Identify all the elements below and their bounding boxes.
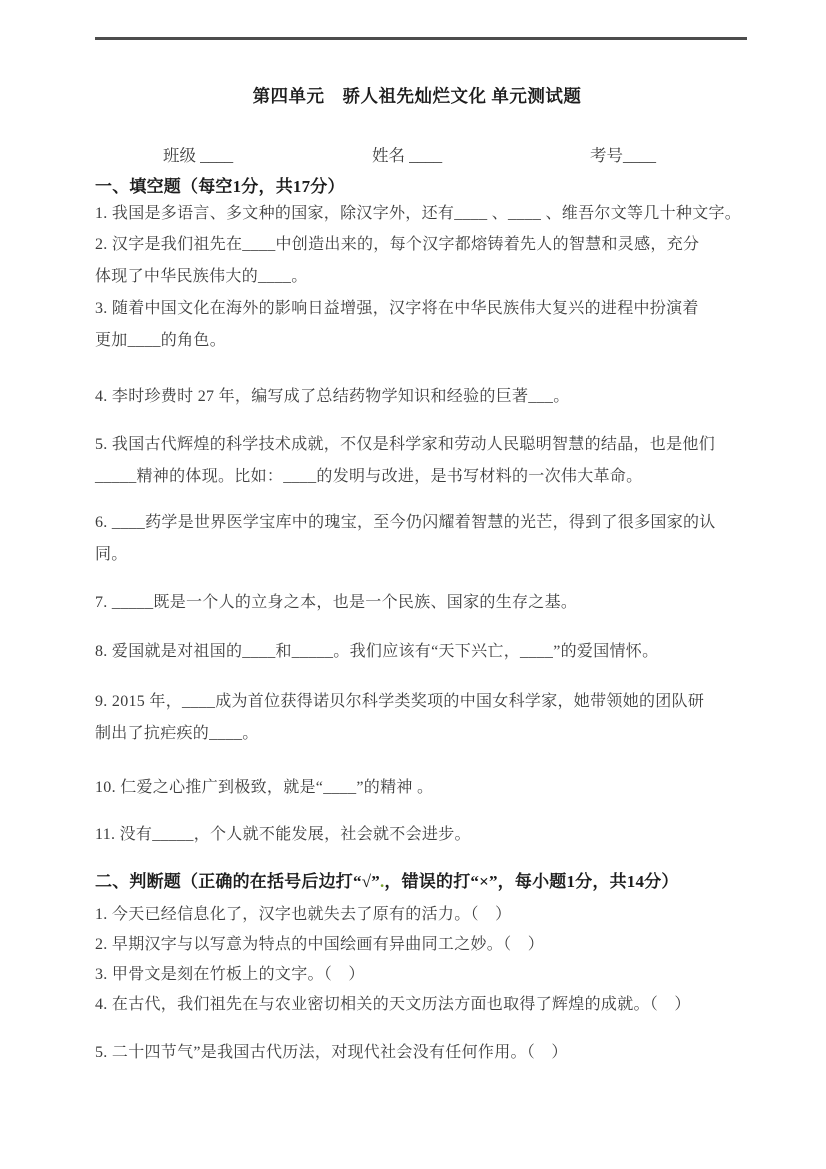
s2-q4: 4. 在古代，我们祖先在与农业密切相关的天文历法方面也取得了辉煌的成就。（ ）	[95, 989, 691, 1021]
s1-q5-line1: 5. 我国古代辉煌的科学技术成就，不仅是科学家和劳动人民聪明智慧的结晶，也是他们	[95, 429, 715, 461]
s1-q3-line2: 更加____的角色。	[95, 325, 226, 357]
s1-q7: 7. _____既是一个人的立身之本，也是一个民族、国家的生存之基。	[95, 587, 577, 619]
s1-q2-line2: 体现了中华民族伟大的____。	[95, 261, 308, 293]
s1-q6-line1: 6. ____药学是世界医学宝库中的瑰宝，至今仍闪耀着智慧的光芒，得到了很多国家…	[95, 507, 716, 539]
s1-q6-line2: 同。	[95, 539, 128, 571]
section2-heading: 二、判断题（正确的在括号后边打“√”.，错误的打“×”，每小题1分，共14分）	[95, 866, 679, 898]
s1-q1: 1. 我国是多语言、多文种的国家，除汉字外，还有____ 、____ 、维吾尔文…	[95, 198, 741, 230]
s1-q10: 10. 仁爱之心推广到极致，就是“____”的精神 。	[95, 772, 433, 804]
test-paper-page: 第四单元 骄人祖先灿烂文化 单元测试题 班级 ____ 姓名 ____ 考号__…	[0, 0, 826, 1169]
s1-q9-line1: 9. 2015 年，____成为首位获得诺贝尔科学类奖项的中国女科学家，她带领她…	[95, 686, 704, 718]
student-info-row: 班级 ____ 姓名 ____ 考号____	[95, 140, 795, 172]
s1-q5-line2: _____精神的体现。比如：____的发明与改进，是书写材料的一次伟大革命。	[95, 461, 642, 493]
exam-number-field: 考号____	[590, 140, 656, 172]
s1-q2-line1: 2. 汉字是我们祖先在____中创造出来的，每个汉字都熔铸着先人的智慧和灵感，充…	[95, 229, 699, 261]
s2-q2: 2. 早期汉字与以写意为特点的中国绘画有异曲同工之妙。（ ）	[95, 929, 544, 961]
s2-q1: 1. 今天已经信息化了，汉字也就失去了原有的活力。（ ）	[95, 899, 511, 931]
s1-q4: 4. 李时珍费时 27 年，编写成了总结药物学知识和经验的巨著___。	[95, 381, 570, 413]
header-rule	[95, 37, 747, 40]
s1-q8: 8. 爱国就是对祖国的____和_____。我们应该有“天下兴亡，____”的爱…	[95, 636, 658, 668]
s1-q9-line2: 制出了抗疟疾的____。	[95, 718, 259, 750]
section2-heading-pre: 二、判断题（正确的在括号后边打“√”	[95, 872, 380, 891]
class-field: 班级 ____	[163, 140, 233, 172]
s2-q3: 3. 甲骨文是刻在竹板上的文字。（ ）	[95, 959, 365, 991]
s1-q11: 11. 没有_____，个人就不能发展，社会就不会进步。	[95, 819, 471, 851]
page-title: 第四单元 骄人祖先灿烂文化 单元测试题	[87, 80, 747, 112]
s2-q5: 5. 二十四节气”是我国古代历法，对现代社会没有任何作用。（ ）	[95, 1037, 568, 1069]
name-field: 姓名 ____	[372, 140, 442, 172]
section2-heading-post: ，错误的打“×”，每小题1分，共14分）	[384, 872, 678, 891]
s1-q3-line1: 3. 随着中国文化在海外的影响日益增强，汉字将在中华民族伟大复兴的进程中扮演着	[95, 293, 699, 325]
